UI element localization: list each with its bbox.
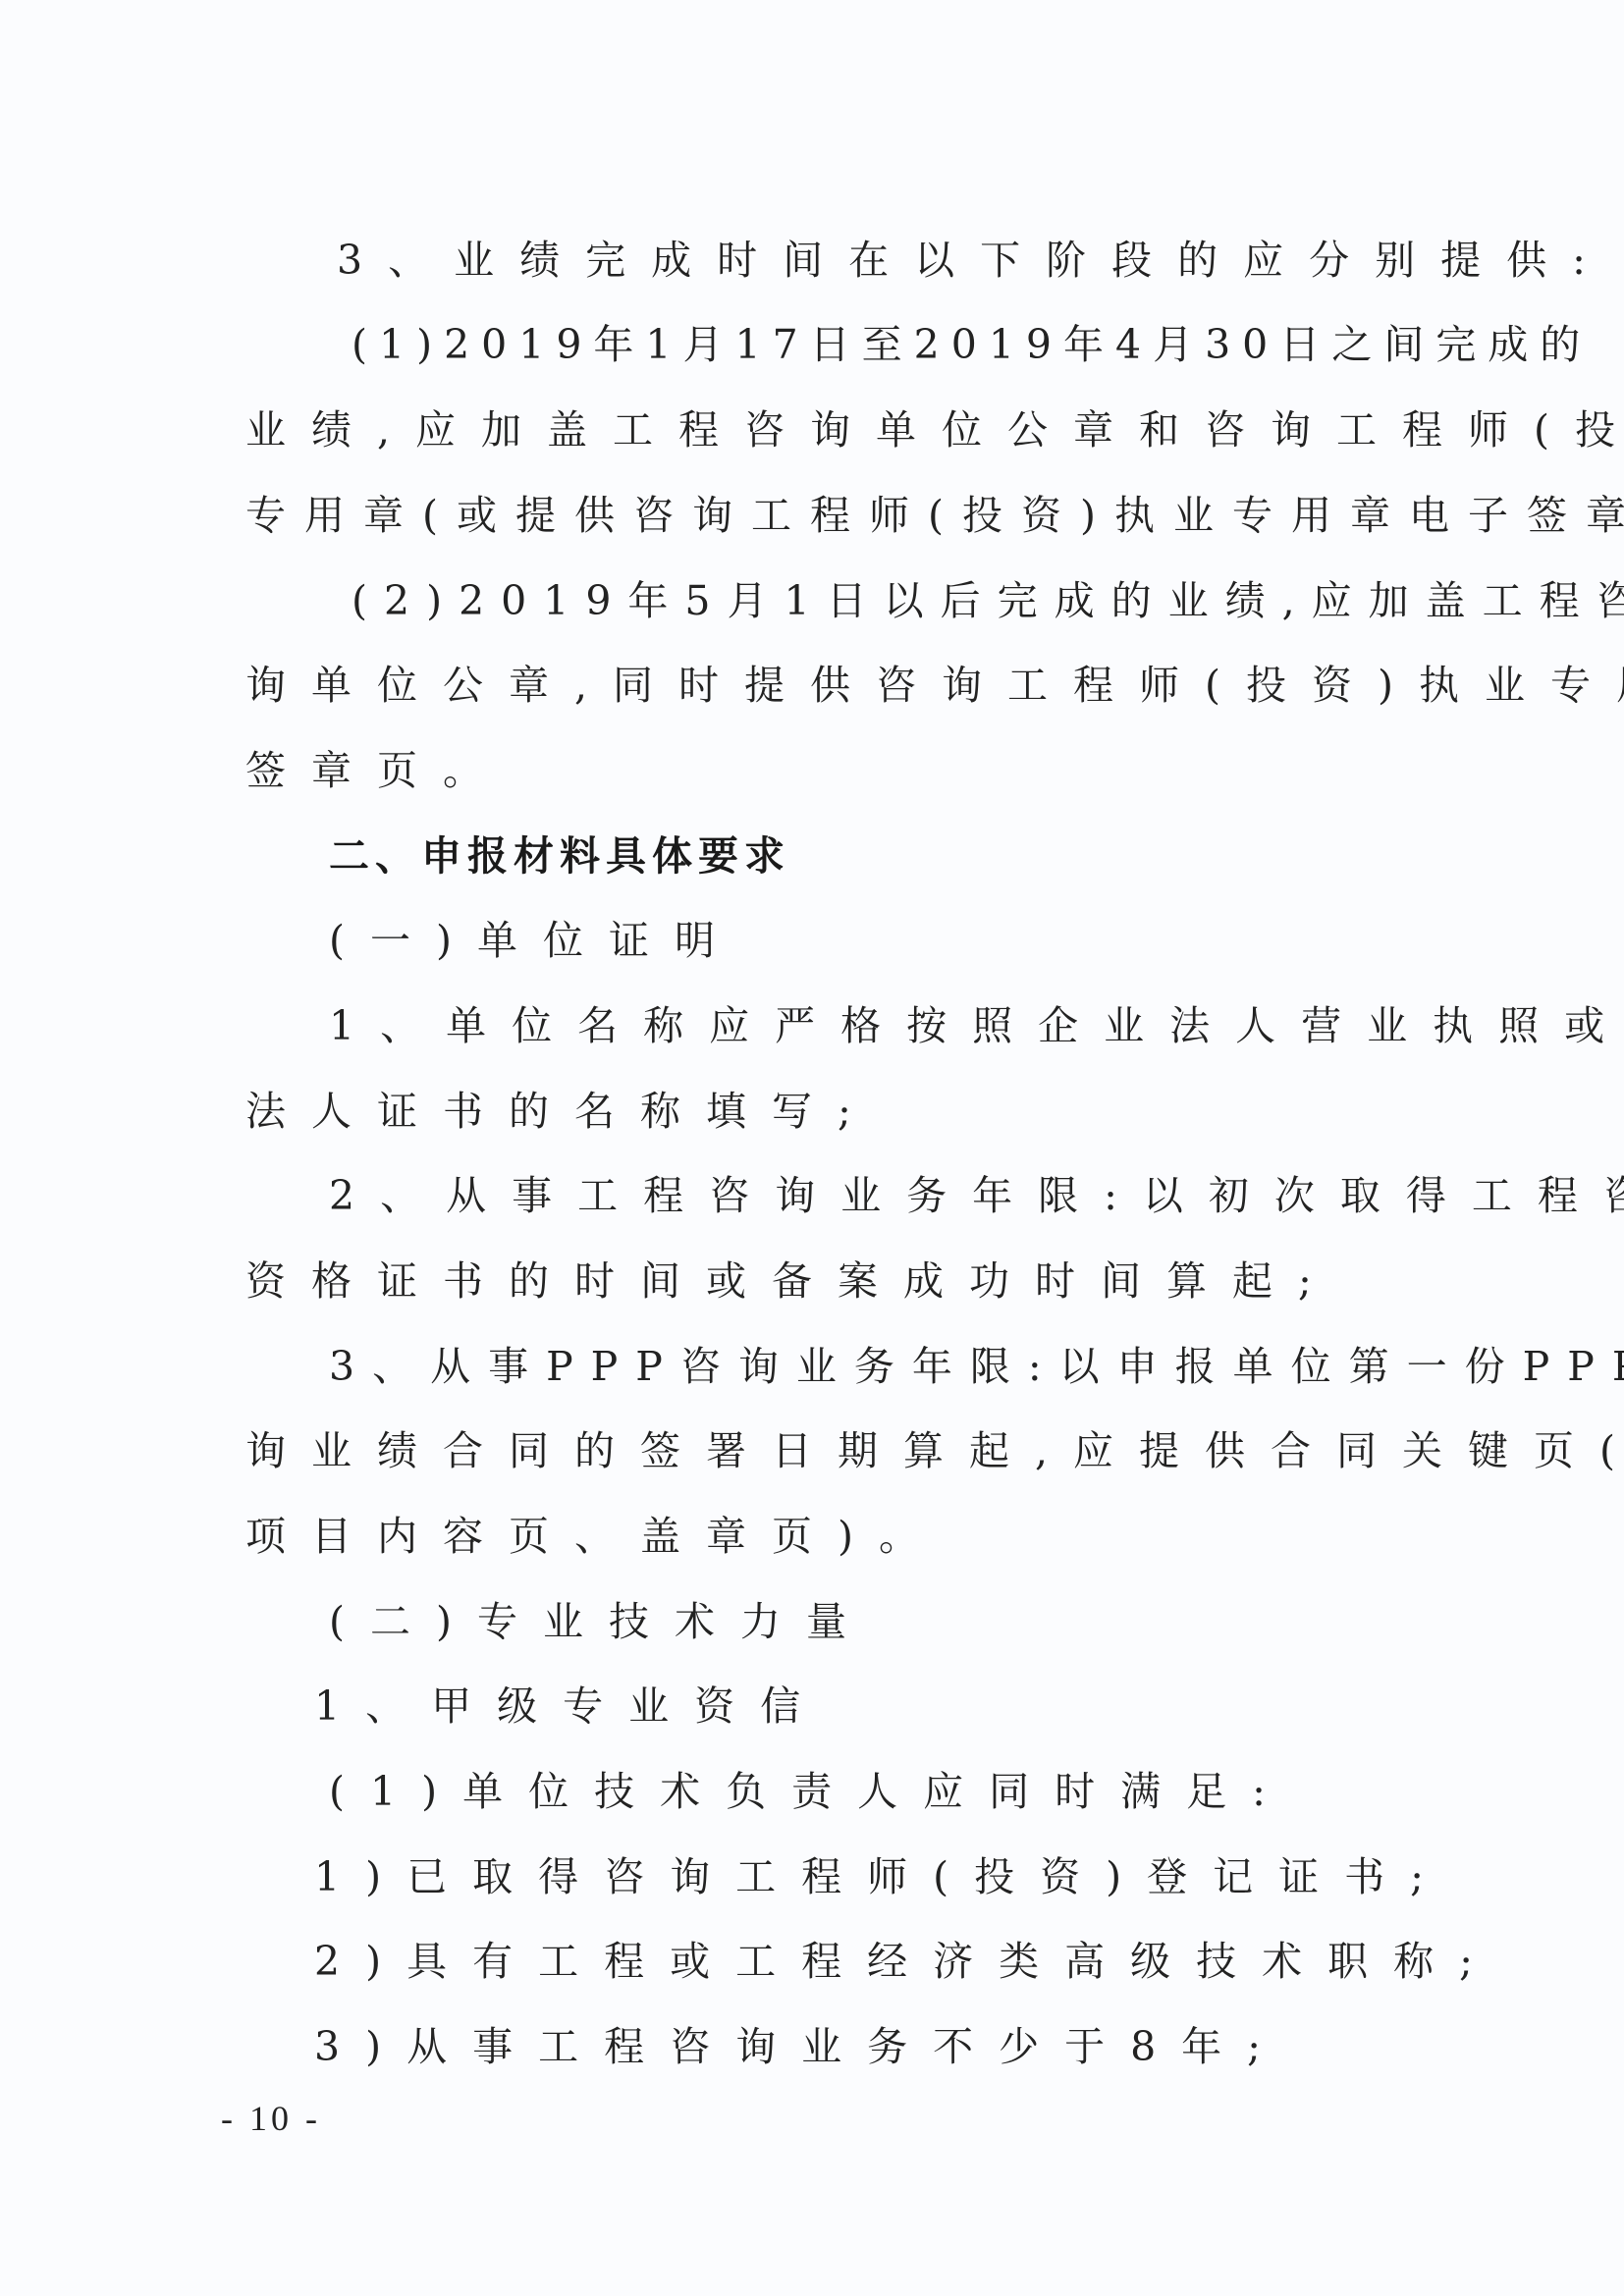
tech-item1-title: 1、甲级专业资信 bbox=[245, 1677, 1443, 1735]
item3-sub1-line1: (1)2019年1月17日至2019年4月30日之间完成的 bbox=[245, 315, 1481, 374]
unit-item2-line1: 2、从事工程咨询业务年限:以初次取得工程咨询单位 bbox=[245, 1166, 1458, 1225]
document-page: 3、业绩完成时间在以下阶段的应分别提供: (1)2019年1月17日至2019年… bbox=[0, 0, 1624, 2296]
tech-item1-sub1: (1)单位技术负责人应同时满足: bbox=[245, 1762, 1458, 1821]
requirement-1: 1)已取得咨询工程师(投资)登记证书; bbox=[245, 1847, 1443, 1906]
unit-item3-line3: 项目内容页、盖章页)。 bbox=[245, 1507, 1375, 1566]
requirement-3: 3)从事工程咨询业务不少于8年; bbox=[245, 2017, 1443, 2076]
unit-item3-line1: 3、从事PPP咨询业务年限:以申报单位第一份PPP咨 bbox=[245, 1337, 1458, 1396]
unit-item3-line2: 询业绩合同的签署日期算起,应提供合同关键页(封面页、 bbox=[245, 1421, 1375, 1480]
item3-sub2-line2: 询单位公章,同时提供咨询工程师(投资)执业专用章电子 bbox=[245, 656, 1375, 715]
section-heading-2: 二、申报材料具体要求 bbox=[245, 827, 1458, 885]
item3-sub2-line3: 签章页。 bbox=[245, 741, 1375, 800]
page-number: - 10 - bbox=[221, 2094, 321, 2143]
requirement-2: 2)具有工程或工程经济类高级技术职称; bbox=[245, 1932, 1443, 1991]
item3-sub2-line1: (2)2019年5月1日以后完成的业绩,应加盖工程咨 bbox=[245, 571, 1481, 630]
subheading-unit-certificate: (一)单位证明 bbox=[245, 911, 1458, 970]
subheading-technical-strength: (二)专业技术力量 bbox=[245, 1592, 1458, 1651]
item3-title: 3、业绩完成时间在以下阶段的应分别提供: bbox=[245, 231, 1466, 290]
item3-sub1-line2: 业绩,应加盖工程咨询单位公章和咨询工程师(投资)执业 bbox=[245, 400, 1375, 459]
unit-item1-line2: 法人证书的名称填写; bbox=[245, 1082, 1375, 1141]
unit-item2-line2: 资格证书的时间或备案成功时间算起; bbox=[245, 1252, 1375, 1310]
unit-item1-line1: 1、单位名称应严格按照企业法人营业执照或事业单位 bbox=[245, 996, 1458, 1055]
item3-sub1-line3: 专用章(或提供咨询工程师(投资)执业专用章电子签章页); bbox=[245, 486, 1375, 545]
